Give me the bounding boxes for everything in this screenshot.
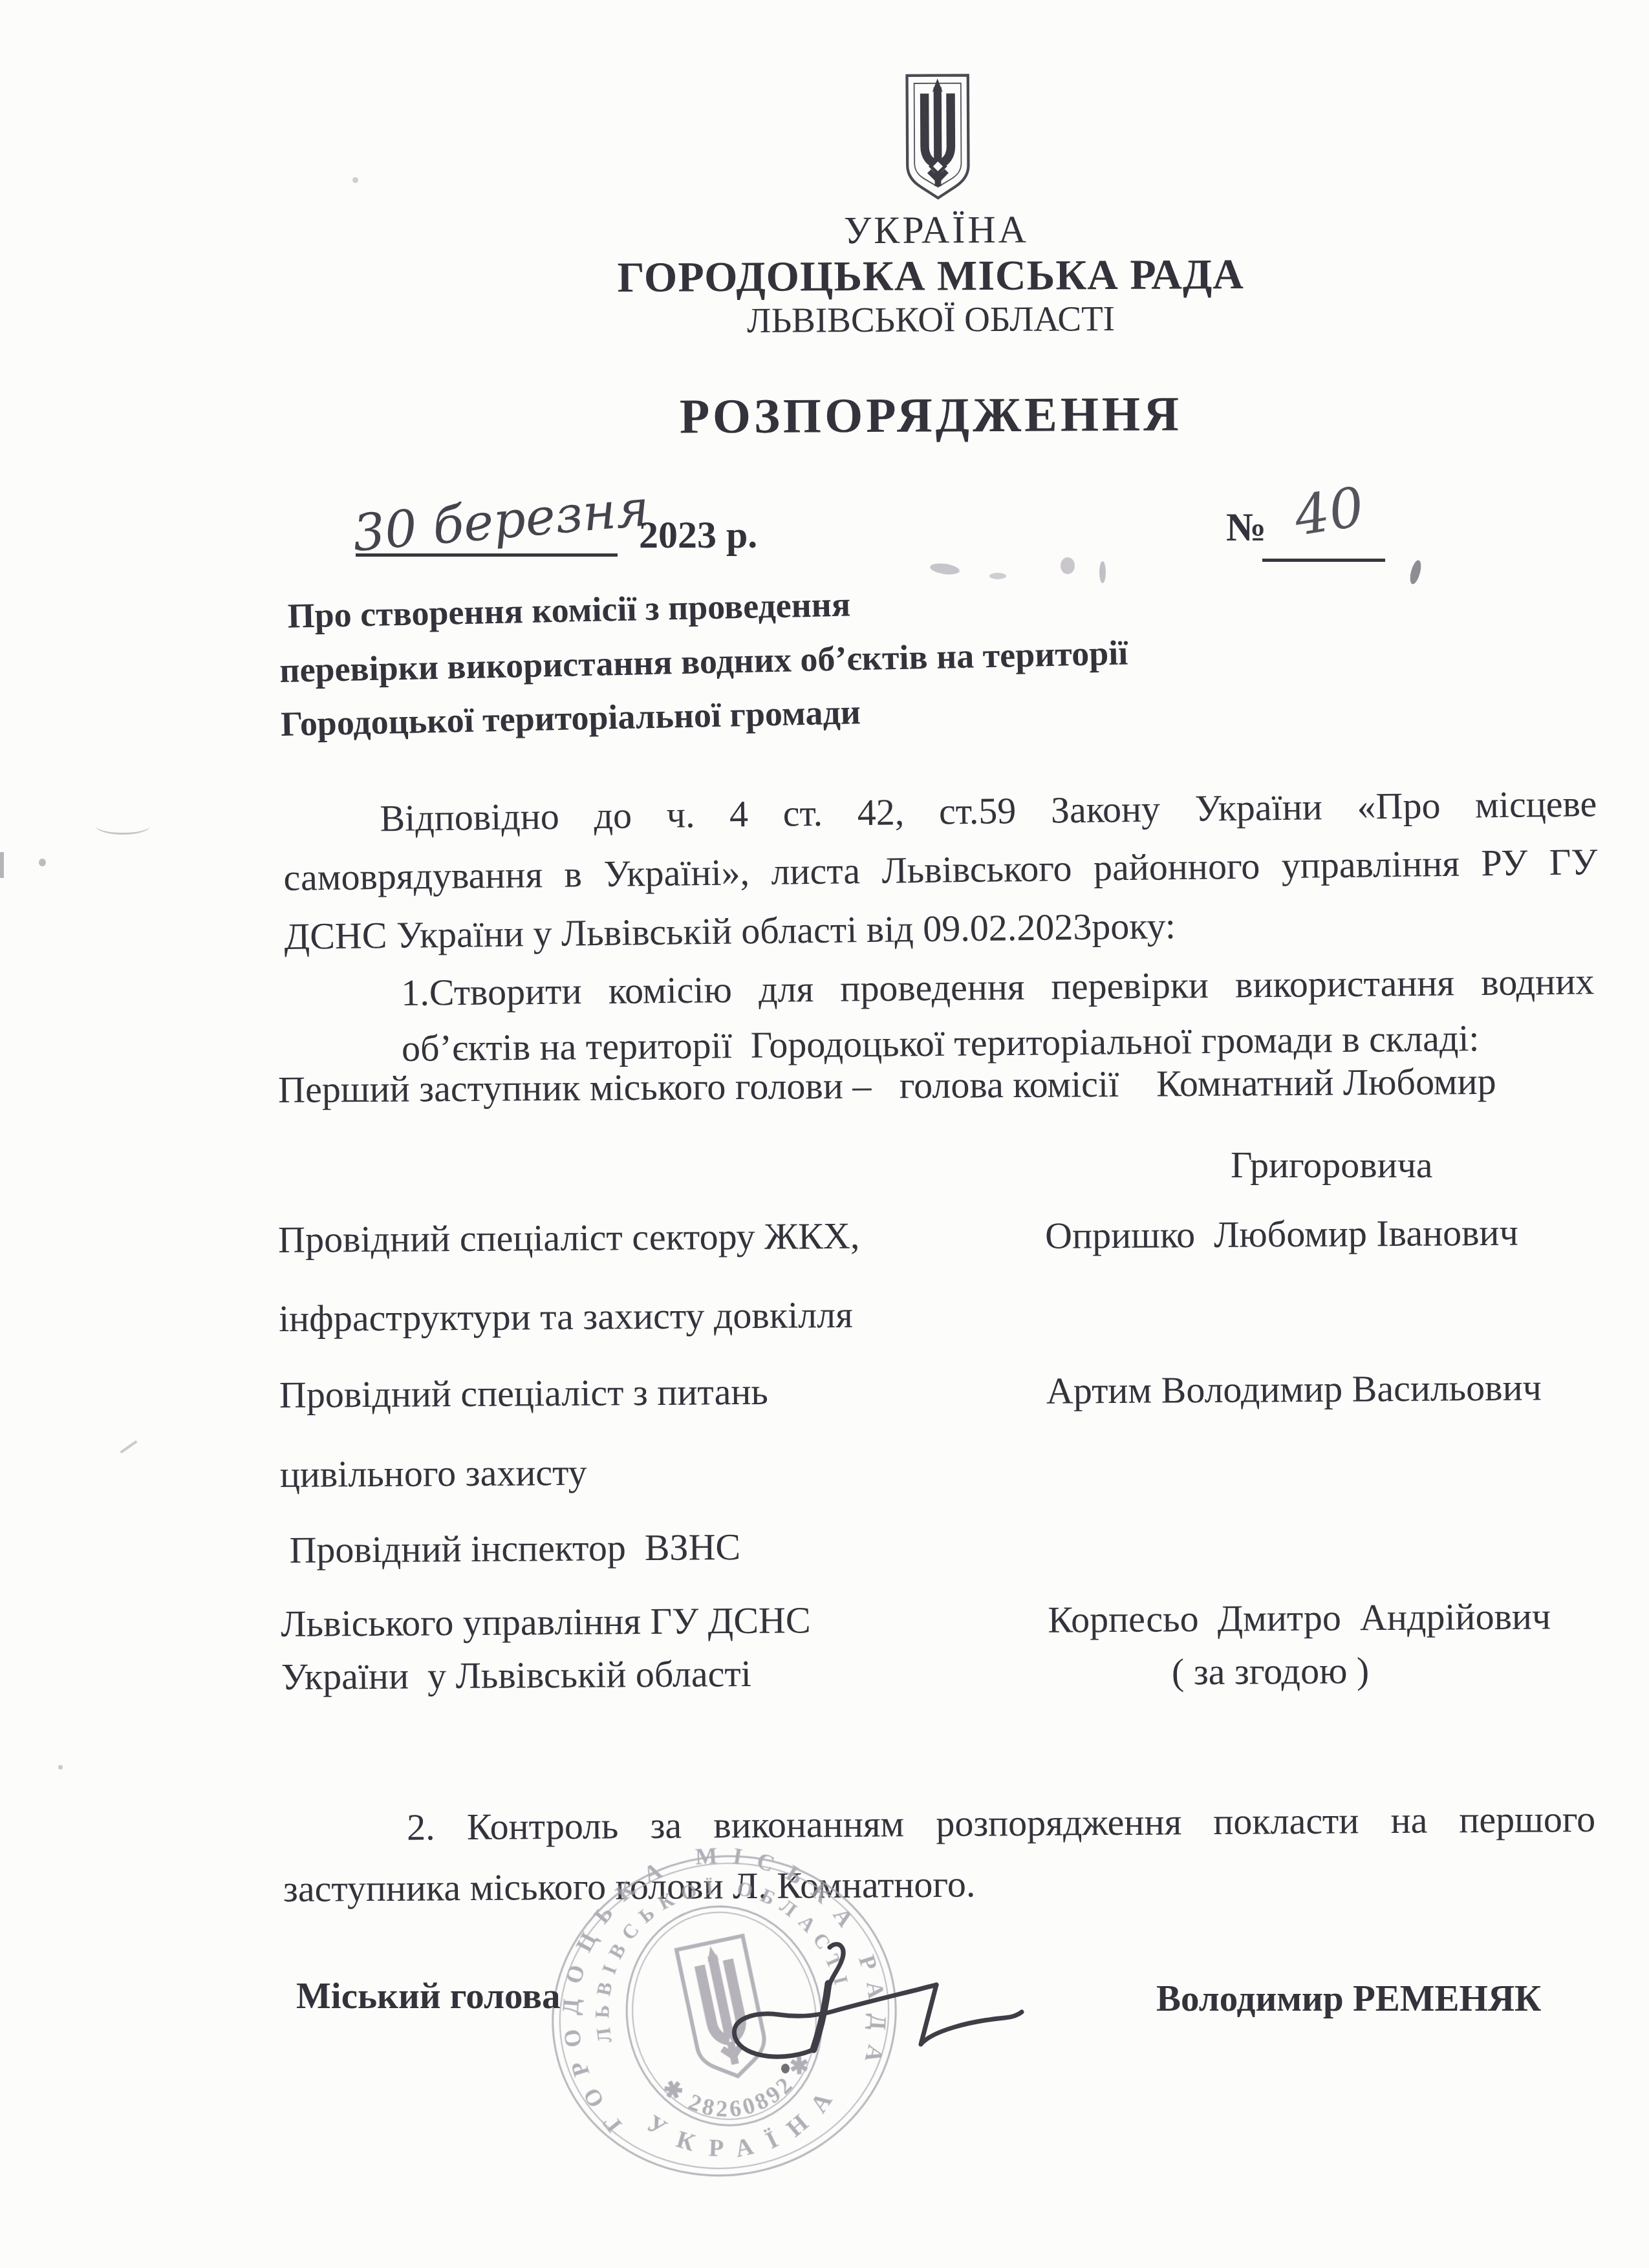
scan-edge-smear [0, 852, 4, 878]
handwritten-date: 30 березня [350, 478, 652, 564]
subject-line: Городоцької територіальної громади [281, 683, 1316, 745]
document-header: УКРАЇНА ГОРОДОЦЬКА МІСЬКА РАДА ЛЬВІВСЬКО… [0, 0, 1649, 453]
date-year: 2023 р. [639, 512, 757, 558]
scan-smudge [1099, 561, 1106, 583]
ukraine-trident-emblem-icon [892, 71, 984, 202]
subject-block: Про створення комісії з проведення перев… [278, 574, 1315, 745]
member-position: Провідний спеціаліст з питань [279, 1370, 768, 1418]
member-position: цивільного захисту [280, 1451, 587, 1497]
member-position: Львіського управління ГУ ДСНС [281, 1598, 811, 1646]
scanned-document-page: УКРАЇНА ГОРОДОЦЬКА МІСЬКА РАДА ЛЬВІВСЬКО… [0, 0, 1649, 2268]
region-name: ЛЬВІВСЬКОЇ ОБЛАСТІ [737, 298, 1125, 342]
item-1: 1.Створити комісію для проведення переві… [401, 959, 1595, 1071]
council-name: ГОРОДОЦЬКА МІСЬКА РАДА [607, 250, 1254, 303]
item-2: 2. Контроль за виконанням розпорядження … [283, 1797, 1596, 1912]
scan-smudge [120, 1440, 138, 1453]
scan-smudge [929, 562, 960, 576]
item-1-line: 1.Створити комісію для проведення переві… [401, 959, 1595, 1015]
commission-members: Провідний спеціаліст сектору ЖКХ, Опришк… [278, 1209, 1613, 1709]
member-position: Провідний інспектор ВЗНС [289, 1525, 740, 1572]
commission-chair-line2: Григоровича [1231, 1143, 1433, 1187]
mayor-signature-stroke [698, 1933, 1073, 2082]
member-position: Провідний спеціаліст сектору ЖКХ, [278, 1214, 860, 1263]
scan-smudge [39, 859, 46, 866]
scan-smudge [1061, 557, 1075, 574]
country-name: УКРАЇНА [742, 206, 1130, 254]
scan-smudge [989, 573, 1006, 579]
ink-dot [781, 2064, 790, 2073]
item-2-line: 2. Контроль за виконанням розпорядження … [283, 1797, 1595, 1851]
subject-line: Про створення комісії з проведення [287, 574, 1322, 637]
member-name: Артим Володимир Васильович [1046, 1365, 1542, 1413]
member-position: інфраструктури та захисту довкілля [279, 1293, 853, 1342]
intro-line: самоврядування в Україні», листа Львівсь… [283, 840, 1598, 901]
intro-paragraph: Відповідно до ч. 4 ст. 42, ст.59 Закону … [283, 782, 1599, 959]
signoff-name: Володимир РЕМЕНЯК [1156, 1977, 1541, 2020]
date-underline [356, 553, 618, 557]
member-name: Корпесьо Дмитро Андрійович [1048, 1594, 1551, 1642]
scan-smudge [1408, 559, 1423, 585]
handwritten-number: 40 [1290, 475, 1368, 549]
number-underline [1262, 559, 1385, 562]
member-name: Опришко Любомир Іванович [1045, 1211, 1518, 1259]
scan-smudge [96, 817, 150, 835]
signoff-title: Міський голова [296, 1974, 560, 2018]
subject-line: перевірки використання водних об’єктів н… [279, 628, 1315, 691]
scan-smudge [58, 1765, 63, 1770]
item-2-line: заступника міського голови Л. Комнатного… [283, 1858, 1596, 1912]
intro-line: ДСНС України у Львівській області від 09… [284, 899, 1599, 959]
scan-smudge [352, 177, 358, 183]
document-title: РОЗПОРЯДЖЕННЯ [672, 385, 1189, 446]
intro-line: Відповідно до ч. 4 ст. 42, ст.59 Закону … [283, 782, 1597, 842]
member-name: ( за згодою ) [1172, 1649, 1370, 1695]
member-position: України у Львівській області [281, 1652, 751, 1700]
number-sign: № [1226, 504, 1266, 551]
commission-chair-line: Перший заступник міського голови – голов… [278, 1060, 1496, 1113]
